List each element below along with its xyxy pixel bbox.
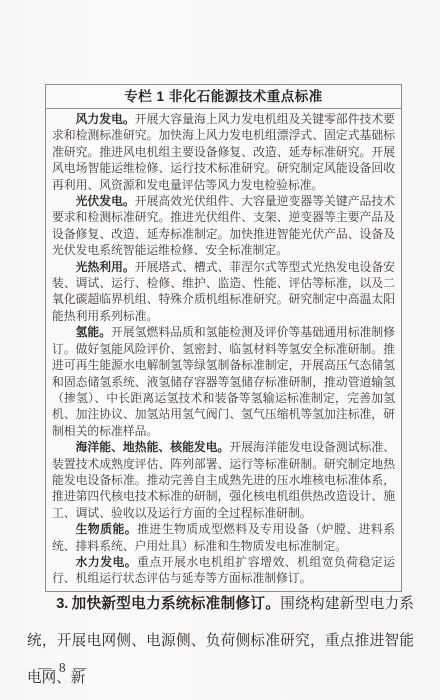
- paragraph-lead: 氢能。: [76, 325, 112, 339]
- page-number: — 8 —: [38, 660, 89, 676]
- document-page: 专栏 1 非化石能源技术重点标准 风力发电。开展大容量海上风力发电机组及关键零部…: [0, 0, 440, 700]
- item-number: 3.: [56, 596, 68, 612]
- paragraph-lead: 海洋能、地热能、核能发电。: [76, 440, 230, 454]
- column-box-title: 专栏 1 非化石能源技术重点标准: [46, 85, 401, 109]
- paragraph-biomass: 生物质能。推进生物质成型燃料及专用设备（炉膛、进料系统、排料系统、户用灶具）标准…: [52, 521, 395, 554]
- paragraph-wind-power: 风力发电。开展大容量海上风力发电机组及关键零部件技术要求和检测标准研究。加快海上…: [52, 111, 395, 193]
- paragraph-ocean-geothermal-nuclear: 海洋能、地热能、核能发电。开展海洋能发电设备测试标准、装置技术成熟度评估、阵列部…: [52, 439, 395, 521]
- item-lead: 加快新型电力系统标准制修订。: [71, 596, 280, 612]
- paragraph-hydropower: 水力发电。重点开展水电机组扩容增效、机组宽负荷稳定运行、机组运行状态评估与延寿等…: [52, 554, 395, 587]
- paragraph-hydrogen: 氢能。开展氢燃料品质和氢能检测及评价等基础通用标准制修订。做好氢能风险评价、氢密…: [52, 324, 395, 439]
- column-1-box: 专栏 1 非化石能源技术重点标准 风力发电。开展大容量海上风力发电机组及关键零部…: [45, 84, 402, 592]
- paragraph-solar-pv: 光伏发电。开展高效光伏组件、大容量逆变器等关键产品技术要求和检测标准研究。推进光…: [52, 193, 395, 259]
- numbered-item-3: 3. 加快新型电力系统标准制修订。围绕构建新型电力系统，开展电网侧、电源侧、负荷…: [27, 586, 414, 697]
- paragraph-solar-thermal: 光热利用。开展塔式、槽式、菲涅尔式等型式光热发电设备安装、调试、运行、检修、维护…: [52, 259, 395, 325]
- paragraph-lead: 光热利用。: [76, 260, 135, 274]
- paragraph-lead: 风力发电。: [76, 112, 135, 126]
- column-box-body: 风力发电。开展大容量海上风力发电机组及关键零部件技术要求和检测标准研究。加快海上…: [46, 109, 401, 591]
- paragraph-lead: 水力发电。: [76, 555, 138, 569]
- paragraph-lead: 光伏发电。: [76, 194, 135, 208]
- paragraph-body: 开展氢燃料品质和氢能检测及评价等基础通用标准制修订。做好氢能风险评价、氢密封、临…: [52, 325, 395, 437]
- paragraph-lead: 生物质能。: [76, 522, 138, 536]
